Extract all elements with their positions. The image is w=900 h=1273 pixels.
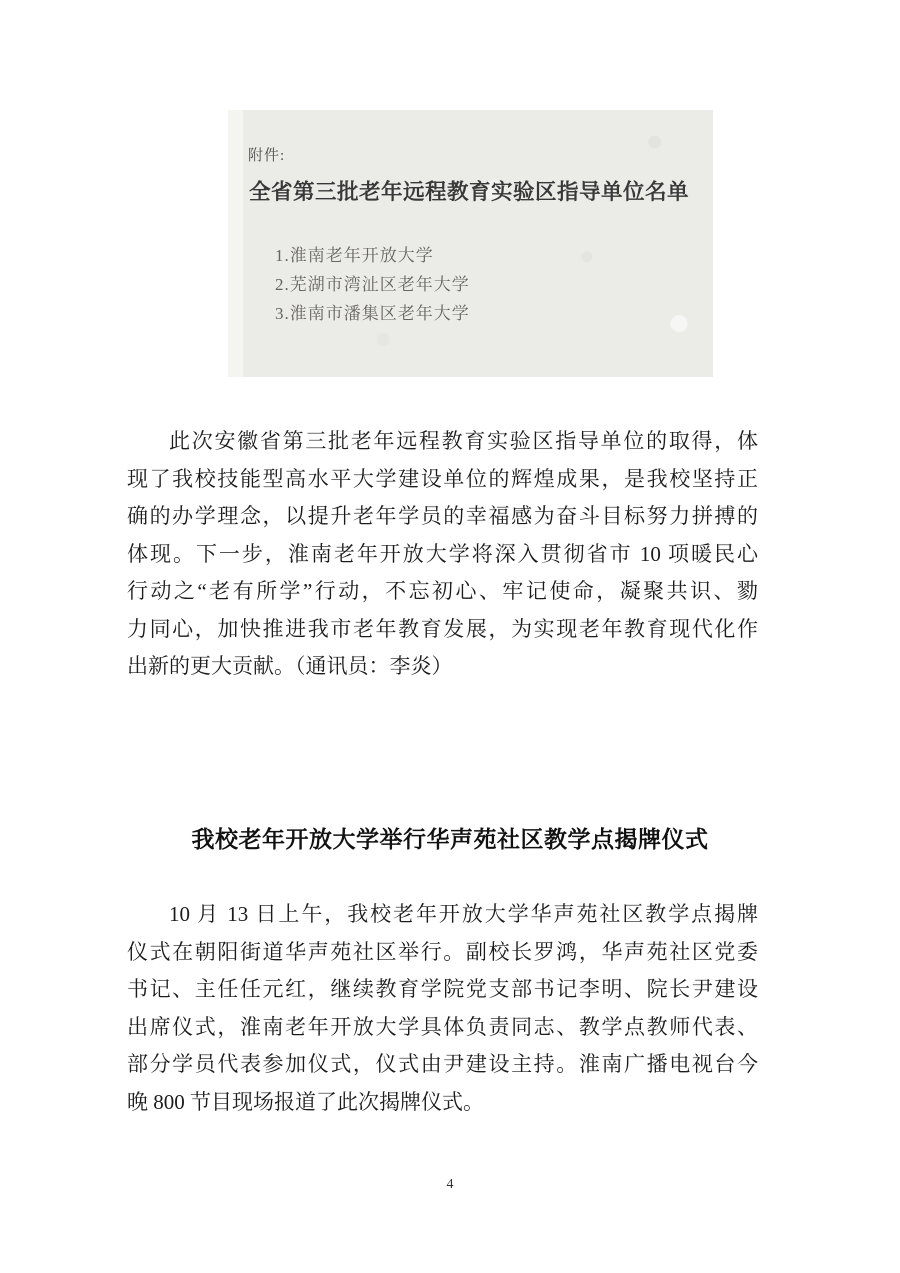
paragraph-line: 10 月 13 日上午，我校老年开放大学华声苑社区教学点揭牌 xyxy=(127,896,758,934)
paragraph-line: 力同心，加快推进我市老年教育发展，为实现老年教育现代化作 xyxy=(127,611,758,649)
paragraph-line: 部分学员代表参加仪式，仪式由尹建设主持。淮南广播电视台今 xyxy=(127,1046,758,1084)
attachment-label: 附件: xyxy=(248,144,285,165)
page-number: 4 xyxy=(0,1177,900,1193)
attachment-list-item: 2.芜湖市湾沚区老年大学 xyxy=(275,270,470,299)
paragraph-line: 现了我校技能型高水平大学建设单位的辉煌成果，是我校坚持正 xyxy=(127,461,758,499)
paragraph-line: 行动之“老有所学”行动，不忘初心、牢记使命，凝聚共识、勠 xyxy=(127,573,758,611)
document-page: 附件: 全省第三批老年远程教育实验区指导单位名单 1.淮南老年开放大学 2.芜湖… xyxy=(0,0,900,1273)
paragraph-line: 晚 800 节目现场报道了此次揭牌仪式。 xyxy=(127,1084,758,1122)
article-2-title: 我校老年开放大学举行华声苑社区教学点揭牌仪式 xyxy=(0,821,900,854)
attachment-list-item: 3.淮南市潘集区老年大学 xyxy=(275,299,470,328)
paragraph-line: 确的办学理念，以提升老年学员的幸福感为奋斗目标努力拼搏的 xyxy=(127,498,758,536)
attachment-scan-image: 附件: 全省第三批老年远程教育实验区指导单位名单 1.淮南老年开放大学 2.芜湖… xyxy=(228,110,713,377)
scan-left-edge xyxy=(228,110,243,377)
article-1-paragraph: 此次安徽省第三批老年远程教育实验区指导单位的取得，体 现了我校技能型高水平大学建… xyxy=(127,423,758,686)
attachment-title: 全省第三批老年远程教育实验区指导单位名单 xyxy=(249,175,689,206)
paragraph-line: 仪式在朝阳街道华声苑社区举行。副校长罗鸿，华声苑社区党委 xyxy=(127,934,758,972)
article-2-paragraph: 10 月 13 日上午，我校老年开放大学华声苑社区教学点揭牌 仪式在朝阳街道华声… xyxy=(127,896,758,1121)
paragraph-line: 出新的更大贡献。（通讯员：李炎） xyxy=(127,648,758,686)
paragraph-line: 出席仪式，淮南老年开放大学具体负责同志、教学点教师代表、 xyxy=(127,1009,758,1047)
paragraph-line: 书记、主任任元红，继续教育学院党支部书记李明、院长尹建设 xyxy=(127,971,758,1009)
attachment-list: 1.淮南老年开放大学 2.芜湖市湾沚区老年大学 3.淮南市潘集区老年大学 xyxy=(275,241,470,328)
paragraph-line: 此次安徽省第三批老年远程教育实验区指导单位的取得，体 xyxy=(127,423,758,461)
attachment-list-item: 1.淮南老年开放大学 xyxy=(275,241,470,270)
paragraph-line: 体现。下一步，淮南老年开放大学将深入贯彻省市 10 项暖民心 xyxy=(127,536,758,574)
